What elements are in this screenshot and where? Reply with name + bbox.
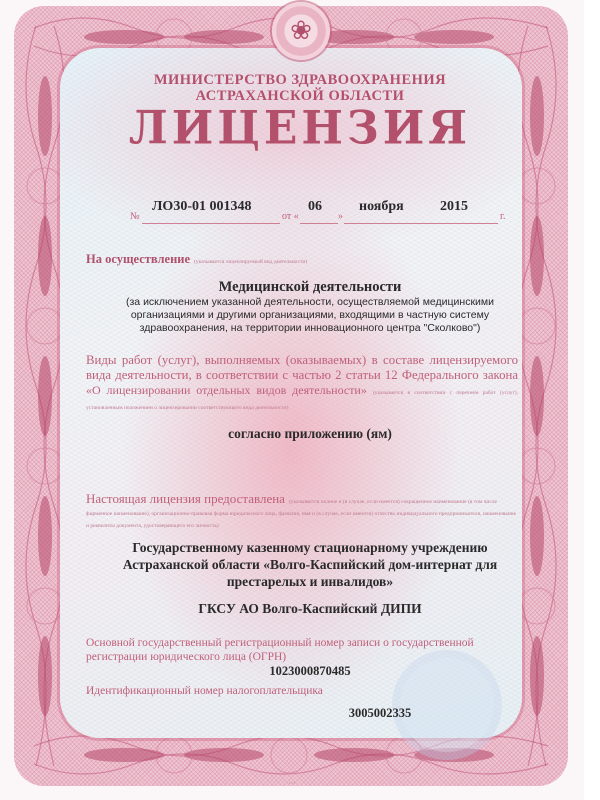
inn-value: 3005002335: [280, 705, 480, 722]
works-law: «О лицензировании отдельных видов деятел…: [86, 383, 367, 397]
quote-close: »: [338, 211, 343, 222]
license-month: ноября: [359, 199, 404, 215]
number-label: №: [130, 211, 140, 222]
printer-imprint: • • •: [0, 781, 584, 785]
license-number: ЛО30-01 001348: [152, 199, 251, 215]
ogrn-value: 1023000870485: [80, 663, 540, 680]
licensee-name-line-1: Государственному казенному стационарному…: [100, 539, 520, 556]
license-number-line: № ЛО30-01 001348 от « 06 » ноября 2015 г…: [130, 199, 510, 225]
licensee-label: Настоящая лицензия предоставлена: [86, 491, 285, 506]
inn-label: Идентификационный номер налогоплательщик…: [86, 684, 526, 698]
licensee-label-row: Настоящая лицензия предоставлена (указыв…: [86, 494, 518, 530]
ogrn-label: Основной государственный регистрационный…: [86, 636, 526, 664]
works-value: согласно приложению (ям): [80, 425, 540, 442]
activity-label-row: На осуществление (указывается лицензируе…: [86, 250, 526, 268]
day-underline: [300, 223, 338, 224]
activity-description: (за исключением указанной деятельности, …: [110, 296, 510, 335]
activity-section: Медицинской деятельности (за исключением…: [110, 278, 510, 335]
activity-label: На осуществление: [86, 252, 190, 266]
activity-label-note: (указывается лицензируемый вид деятельно…: [194, 259, 307, 265]
number-underline: [142, 223, 280, 224]
issuer-line-1: МИНИСТЕРСТВО ЗДРАВООХРАНЕНИЯ: [0, 72, 600, 88]
month-year-underline: [344, 223, 498, 224]
works-text: Виды работ (услуг), выполняемых (оказыва…: [86, 353, 518, 382]
licensee-full-name: Государственному казенному стационарному…: [100, 539, 520, 590]
date-from-label: от «: [282, 211, 299, 222]
license-year: 2015: [440, 199, 468, 215]
works-section: Виды работ (услуг), выполняемых (оказыва…: [86, 353, 518, 413]
licensee-name-line-3: престарелых и инвалидов»: [100, 573, 520, 590]
activity-name: Медицинской деятельности: [110, 278, 510, 296]
year-suffix: г.: [500, 211, 505, 222]
license-day: 06: [308, 199, 322, 215]
licensee-short-name: ГКСУ АО Волго-Каспийский ДИПИ: [100, 600, 520, 617]
document-title: ЛИЦЕНЗИЯ: [0, 102, 600, 157]
scan-margin: [584, 0, 600, 800]
licensee-name-line-2: Астраханской области «Волго-Каспийский д…: [100, 556, 520, 573]
license-sheet: ❀ МИНИСТЕРСТВО ЗДРАВООХРАНЕНИЯ АСТРАХАНС…: [0, 0, 584, 800]
coat-of-arms-icon: ❀: [272, 2, 330, 60]
